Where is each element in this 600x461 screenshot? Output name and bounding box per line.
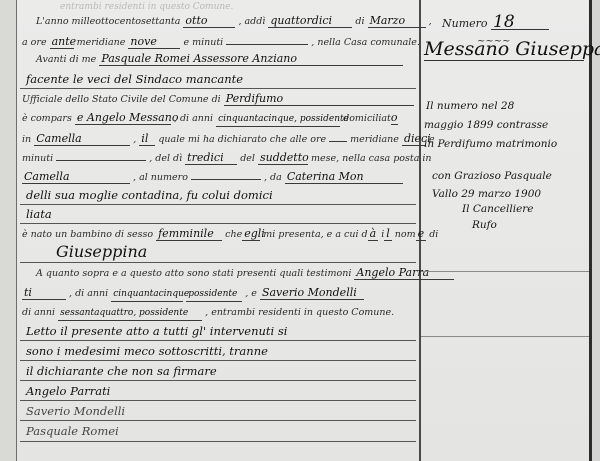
field-birth-hour: dieci [402,132,426,146]
line-residence: in Camella , il quale mi ha dichiarato c… [22,130,416,146]
field-ante: ante [50,35,74,49]
marginal-note-3: in Perdifumo matrimonio [424,138,557,150]
rule [20,340,416,341]
rule [20,441,416,442]
field-year: otto [183,14,235,28]
marginal-note-7: Rufo [472,219,497,231]
line-birth-place: Camella , al numero , da Caterina Mon [22,168,416,184]
entry-number: Numero 18 [442,16,549,30]
rule [20,88,416,89]
numero-label: Numero [442,17,488,30]
line-officer-role: facente le veci del Sindaco mancante [26,72,243,86]
field-officer: Pasquale Romei Assessore Anziano [99,52,403,66]
field-witness-1: Angelo Parra [354,266,454,280]
marginal-note-4: con Grazioso Pasquale [432,170,552,182]
field-declarant: e Angelo Messano [75,111,171,125]
field-birth-day: tredici [185,151,237,165]
field-sex: femminile [156,227,222,241]
signature-witness-2: Saverio Mondelli [26,404,125,418]
line-mother-cont: delli sua moglie contadina, fu colui dom… [26,188,273,202]
field-month: Marzo [368,14,426,28]
rule [20,400,416,401]
closing-line-1: Letto il presente atto a tutti gl' inter… [26,324,287,338]
field-witness-2: Saverio Mondelli [260,286,364,300]
marginal-note-1: Il numero nel 28 [426,100,514,112]
line-witnesses: A quanto sopra e a questo atto sono stat… [22,266,430,282]
left-border-rule [16,0,17,461]
line-birth-date: minuti , del dì tredici del suddetto mes… [22,149,416,165]
marginal-note-6: Il Cancelliere [462,203,534,215]
field-witness-1-age: cinquantacinque [111,288,183,302]
line-officer: Avanti di me Pasquale Romei Assessore An… [22,52,430,68]
field-mother: Caterina Mon [285,170,403,184]
field-day: quattordici [268,14,352,28]
rule [20,380,416,381]
numero-value: 18 [491,16,549,30]
line-year: L'anno milleottocentosettanta otto , add… [22,14,430,30]
marginal-note-5: Vallo 29 marzo 1900 [432,188,541,200]
line-witness-1-age: ti , di anni cinquantacinque possidente … [22,286,416,302]
signature-officer: Pasquale Romei [26,424,119,438]
rule [20,223,416,224]
line-declarant: è compars e Angelo Messano , di anni cin… [22,111,416,127]
marginal-note-2: maggio 1899 contrasse [424,119,548,131]
field-declarant-age: cinquantacinque, possidente [216,113,340,127]
bleed-through-text: entrambi residenti in questo Comune. [60,2,233,12]
field-minutes-blank [226,33,308,45]
rule [20,360,416,361]
surname-heading: Messano Giuseppa [424,38,584,61]
line-hour: a ore ante meridiane nove e minuti , nel… [22,33,416,49]
line-child-sex: è nato un bambino di sesso femminile che… [22,227,416,243]
line-mother-cont2: liata [26,207,52,221]
page-edge [592,0,600,461]
margin-rule [421,271,589,272]
rule [20,204,416,205]
field-birth-month: suddetto [258,151,308,165]
binding-margin [0,0,16,461]
closing-line-2: sono i medesimi meco sottoscritti, trann… [26,344,268,358]
field-hour: nove [128,35,180,49]
register-page: entrambi residenti in questo Comune. L'a… [0,0,600,461]
signature-witness-1: Angelo Parrati [26,384,110,398]
line-comune: Ufficiale dello Stato Civile del Comune … [22,92,416,108]
margin-rule [421,336,589,337]
field-residence: Camella [34,132,130,146]
field-witness-2-age: sessantaquattro, possidente [58,307,202,321]
rule [20,420,416,421]
field-comune: Perdifumo [224,92,414,106]
rule [20,262,416,263]
field-child-name: Giuseppina [56,242,147,261]
closing-line-3: il dichiarante che non sa firmare [26,364,217,378]
line-witness-2-age: di anni sessantaquattro, possidente , en… [22,305,416,321]
field-birth-place: Camella [22,170,130,184]
